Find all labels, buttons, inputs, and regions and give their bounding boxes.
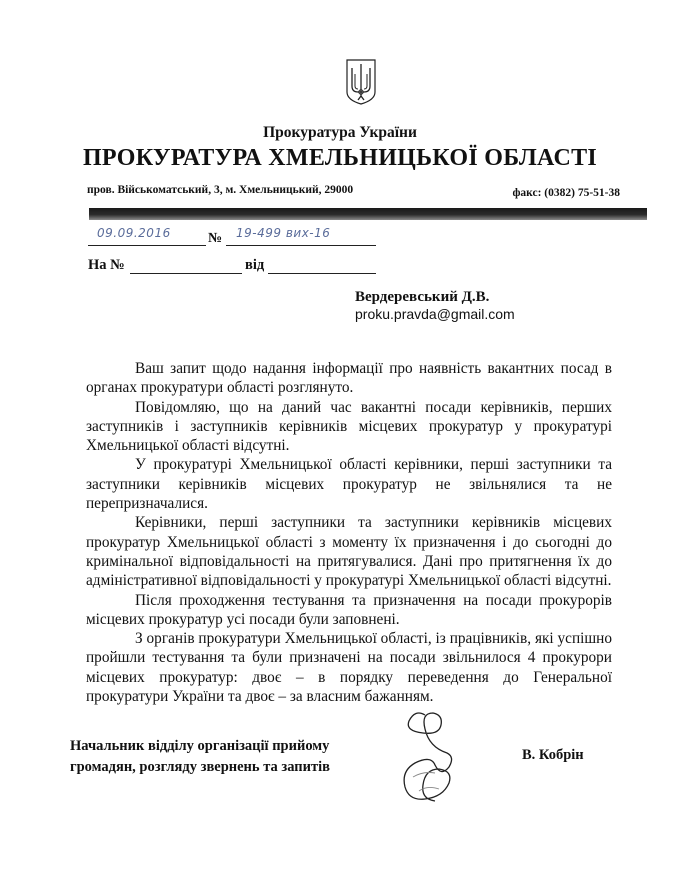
org-title: ПРОКУРАТУРА ХМЕЛЬНИЦЬКОЇ ОБЛАСТІ — [0, 145, 680, 172]
org-address: пров. Військоматський, 3, м. Хмельницьки… — [87, 184, 353, 196]
body-paragraph: Повідомляю, що на даний час вакантні пос… — [86, 398, 612, 456]
body-paragraph: Керівники, перші заступники та заступник… — [86, 513, 612, 590]
recipient-block: Вердеревський Д.В. proku.pravda@gmail.co… — [355, 289, 515, 322]
body-paragraph: У прокуратурі Хмельницької області керів… — [86, 455, 612, 513]
trident-coat-of-arms-icon — [345, 58, 377, 106]
body-paragraph: Після проходження тестування та призначе… — [86, 591, 612, 630]
handwritten-signature-icon — [395, 707, 475, 807]
registration-date: 09.09.2016 — [97, 226, 171, 240]
signer-name: В. Кобрін — [522, 747, 584, 764]
reference-date-label: від — [245, 257, 264, 274]
body-paragraph: Ваш запит щодо надання інформації про на… — [86, 359, 612, 398]
letterhead-divider — [89, 208, 647, 220]
letter-body: Ваш запит щодо надання інформації про на… — [86, 359, 612, 706]
org-parent-name: Прокуратура України — [0, 124, 680, 142]
reference-number-label: На № — [88, 257, 125, 274]
reference-date-line — [268, 257, 376, 274]
number-label: № — [208, 231, 222, 247]
registration-number: 19-499 вих-16 — [236, 226, 330, 240]
org-fax: факс: (0382) 75-51-38 — [512, 187, 620, 199]
recipient-name: Вердеревський Д.В. — [355, 289, 515, 306]
signatory-title-line2: громадян, розгляду звернень та запитів — [70, 757, 330, 778]
reference-number-line — [130, 257, 242, 274]
signatory-title-line1: Начальник відділу організації прийому — [70, 736, 330, 757]
signatory-title: Начальник відділу організації прийому гр… — [70, 736, 330, 778]
body-paragraph: З органів прокуратури Хмельницької облас… — [86, 629, 612, 706]
recipient-email: proku.pravda@gmail.com — [355, 306, 515, 322]
